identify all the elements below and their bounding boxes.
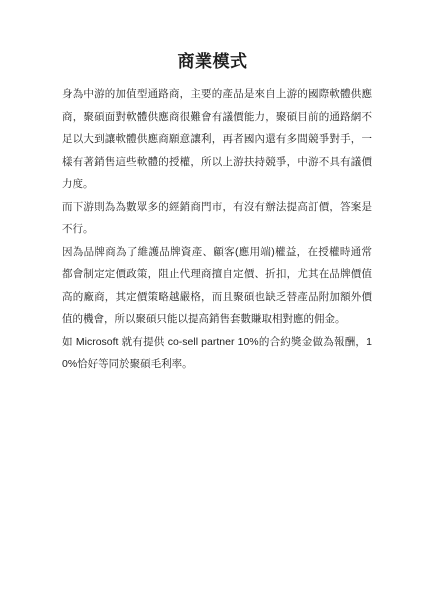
document-body: 身為中游的加值型通路商，主要的產品是來自上游的國際軟體供應商，聚碩面對軟體供應商… [62, 83, 372, 376]
paragraph-brand-pricing-policy: 因為品牌商為了維護品牌資產、顧客(應用端)權益，在授權時通常都會制定定價政策，阻… [62, 241, 372, 331]
document-title: 商業模式 [0, 50, 425, 74]
document-page: 商業模式 身為中游的加值型通路商，主要的產品是來自上游的國際軟體供應商，聚碩面對… [0, 0, 425, 600]
paragraph-downstream-resellers: 而下游則為為數眾多的經銷商門市，有沒有辦法提高訂價，答案是不行。 [62, 196, 372, 241]
paragraph-upstream-suppliers: 身為中游的加值型通路商，主要的產品是來自上游的國際軟體供應商，聚碩面對軟體供應商… [62, 83, 372, 196]
paragraph-microsoft-cosell: 如 Microsoft 就有提供 co-sell partner 10%的合約獎… [62, 331, 372, 376]
